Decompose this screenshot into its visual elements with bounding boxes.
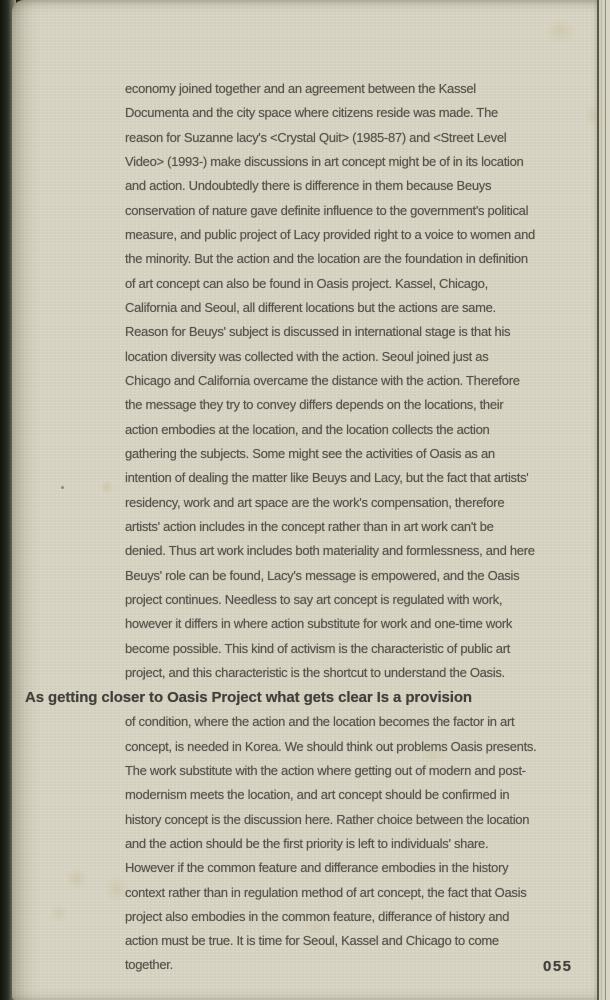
text-line: Beuys' role can be found, Lacy's message… [125,564,593,588]
text-line: artists' action includes in the concept … [125,515,593,539]
page-edge-stack [597,0,610,1000]
text-line: gathering the subjects. Some might see t… [125,442,593,466]
text-line: location diversity was collected with th… [125,345,593,369]
text-line: Reason for Beuys' subject is discussed i… [125,320,593,344]
text-line: the minority. But the action and the loc… [125,247,593,271]
text-line: economy joined together and an agreement… [125,77,593,101]
paragraph-2: of condition, where the action and the l… [125,710,593,978]
text-line: history concept is the discussion here. … [125,808,593,832]
text-line: of condition, where the action and the l… [125,710,593,734]
section-heading: As getting closer to Oasis Project what … [25,685,593,710]
text-line: residency, work and art space are the wo… [125,491,593,515]
page-number: 055 [543,958,573,975]
text-line: California and Seoul, all different loca… [125,296,593,320]
ink-speck [61,486,64,489]
page: economy joined together and an agreement… [12,0,597,1000]
text-column: economy joined together and an agreement… [125,77,593,978]
text-line: Chicago and California overcame the dist… [125,369,593,393]
paper-stain [50,904,68,922]
text-line: However if the common feature and differ… [125,856,593,880]
text-line: denied. Thus art work includes both mate… [125,539,593,563]
text-line: project also embodies in the common feat… [125,905,593,929]
text-line: The work substitute with the action wher… [125,759,593,783]
text-line: action embodies at the location, and the… [125,418,593,442]
text-line: and action. Undoubtedly there is differe… [125,174,593,198]
text-line: of art concept can also be found in Oasi… [125,272,593,296]
text-line: and the action should be the first prior… [125,832,593,856]
text-line: project, and this characteristic is the … [125,661,593,685]
paper-stain [100,480,114,494]
text-line: the message they try to convey differs d… [125,393,593,417]
text-line: project continues. Needless to say art c… [125,588,593,612]
text-line: concept, is needed in Korea. We should t… [125,735,593,759]
text-line: reason for Suzanne lacy's <Crystal Quit>… [125,126,593,150]
text-line: however it differs in where action subst… [125,612,593,636]
text-line: measure, and public project of Lacy prov… [125,223,593,247]
paper-stain [66,868,88,890]
text-line: together. [125,953,593,977]
text-line: intention of dealing the matter like Beu… [125,466,593,490]
text-line: context rather than in regulation method… [125,881,593,905]
text-line: conservation of nature gave definite inf… [125,199,593,223]
text-line: become possible. This kind of activism i… [125,637,593,661]
book-page-scan: economy joined together and an agreement… [0,0,610,1000]
paper-stain [546,18,576,44]
text-line: Documenta and the city space where citiz… [125,101,593,125]
text-line: modernism meets the location, and art co… [125,783,593,807]
text-line: Video> (1993-) make discussions in art c… [125,150,593,174]
paragraph-1: economy joined together and an agreement… [125,77,593,685]
text-line: action must be true. It is time for Seou… [125,929,593,953]
